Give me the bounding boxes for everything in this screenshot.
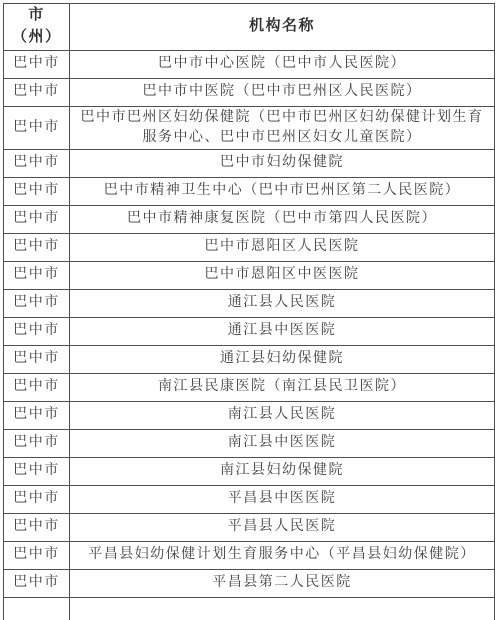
table-row: 巴中市 巴中市精神康复医院（巴中市第四人民医院） xyxy=(4,206,495,234)
cell-org-name: 南江县人民医院 xyxy=(70,402,495,430)
cell-org-name: 巴中市巴州区妇幼保健院（巴中市巴州区妇幼保健计划生育服务中心、巴中市巴州区妇女儿… xyxy=(70,106,495,150)
cell-org-name: 平昌县中医医院 xyxy=(70,486,495,514)
header-cell-org-name: 机构名称 xyxy=(70,4,495,51)
cell-region: 巴中市 xyxy=(4,262,70,290)
cell-region: 巴中市 xyxy=(4,458,70,486)
cell-org-name: 通江县妇幼保健院 xyxy=(70,346,495,374)
table-body: 巴中市 巴中市中心医院（巴中市人民医院） 巴中市 巴中市中医院（巴中市巴州区人民… xyxy=(4,50,495,585)
cell-region: 巴中市 xyxy=(4,374,70,402)
cell-org-name: 巴中市恩阳区中医医院 xyxy=(70,262,495,290)
cell-org-name: 通江县中医医院 xyxy=(70,318,495,346)
table-row: 巴中市 巴中市妇幼保健院 xyxy=(4,150,495,178)
cell-org-name: 巴中市恩阳区人民医院 xyxy=(70,234,495,262)
org-table-container: 市（州） 机构名称 巴中市 巴中市中心医院（巴中市人民医院） 巴中市 巴中市中医… xyxy=(3,3,494,585)
cell-org-name: 南江县妇幼保健院 xyxy=(70,458,495,486)
cell-region: 巴中市 xyxy=(4,150,70,178)
cell-org-name: 南江县民康医院（南江县民卫医院） xyxy=(70,374,495,402)
cell-org-name: 平昌县人民医院 xyxy=(70,514,495,542)
table-row: 巴中市 平昌县人民医院 xyxy=(4,514,495,542)
cell-org-name: 巴中市精神康复医院（巴中市第四人民医院） xyxy=(70,206,495,234)
cell-region: 巴中市 xyxy=(4,514,70,542)
cell-region: 巴中市 xyxy=(4,570,70,585)
table-row: 巴中市 通江县中医医院 xyxy=(4,318,495,346)
table-header-row: 市（州） 机构名称 xyxy=(4,4,495,51)
table-row: 巴中市 巴中市恩阳区人民医院 xyxy=(4,234,495,262)
table-row: 巴中市 平昌县中医医院 xyxy=(4,486,495,514)
cell-region: 巴中市 xyxy=(4,318,70,346)
cell-org-name: 巴中市妇幼保健院 xyxy=(70,150,495,178)
cell-region: 巴中市 xyxy=(4,206,70,234)
table-row: 巴中市 平昌县妇幼保健计划生育服务中心（平昌县妇幼保健院） xyxy=(4,542,495,570)
cell-region: 巴中市 xyxy=(4,430,70,458)
table-row: 巴中市 通江县人民医院 xyxy=(4,290,495,318)
cell-org-name: 南江县中医医院 xyxy=(70,430,495,458)
cell-region: 巴中市 xyxy=(4,234,70,262)
table-row: 巴中市 南江县民康医院（南江县民卫医院） xyxy=(4,374,495,402)
table-row: 巴中市 巴中市巴州区妇幼保健院（巴中市巴州区妇幼保健计划生育服务中心、巴中市巴州… xyxy=(4,106,495,150)
cell-org-name: 平昌县妇幼保健计划生育服务中心（平昌县妇幼保健院） xyxy=(70,542,495,570)
cell-region: 巴中市 xyxy=(4,486,70,514)
table-row: 巴中市 巴中市中医院（巴中市巴州区人民医院） xyxy=(4,78,495,106)
table-row: 巴中市 南江县妇幼保健院 xyxy=(4,458,495,486)
cell-region: 巴中市 xyxy=(4,178,70,206)
cell-region: 巴中市 xyxy=(4,106,70,150)
table-row: 巴中市 平昌县第二人民医院 xyxy=(4,570,495,585)
region-org-table: 市（州） 机构名称 巴中市 巴中市中心医院（巴中市人民医院） 巴中市 巴中市中医… xyxy=(3,3,495,585)
cell-region: 巴中市 xyxy=(4,346,70,374)
cell-org-name: 巴中市中医院（巴中市巴州区人民医院） xyxy=(70,78,495,106)
cell-region: 巴中市 xyxy=(4,50,70,78)
cell-region: 巴中市 xyxy=(4,290,70,318)
cell-region: 巴中市 xyxy=(4,78,70,106)
header-cell-region: 市（州） xyxy=(4,4,70,51)
cell-org-name: 平昌县第二人民医院 xyxy=(70,570,495,585)
table-row: 巴中市 巴中市恩阳区中医医院 xyxy=(4,262,495,290)
cell-region: 巴中市 xyxy=(4,402,70,430)
table-row: 巴中市 南江县人民医院 xyxy=(4,402,495,430)
table-row: 巴中市 巴中市中心医院（巴中市人民医院） xyxy=(4,50,495,78)
cell-org-name: 巴中市精神卫生中心（巴中市巴州区第二人民医院） xyxy=(70,178,495,206)
table-row: 巴中市 巴中市精神卫生中心（巴中市巴州区第二人民医院） xyxy=(4,178,495,206)
cell-org-name: 通江县人民医院 xyxy=(70,290,495,318)
cell-region: 巴中市 xyxy=(4,542,70,570)
table-row: 巴中市 通江县妇幼保健院 xyxy=(4,346,495,374)
table-row: 巴中市 南江县中医医院 xyxy=(4,430,495,458)
cell-org-name: 巴中市中心医院（巴中市人民医院） xyxy=(70,50,495,78)
